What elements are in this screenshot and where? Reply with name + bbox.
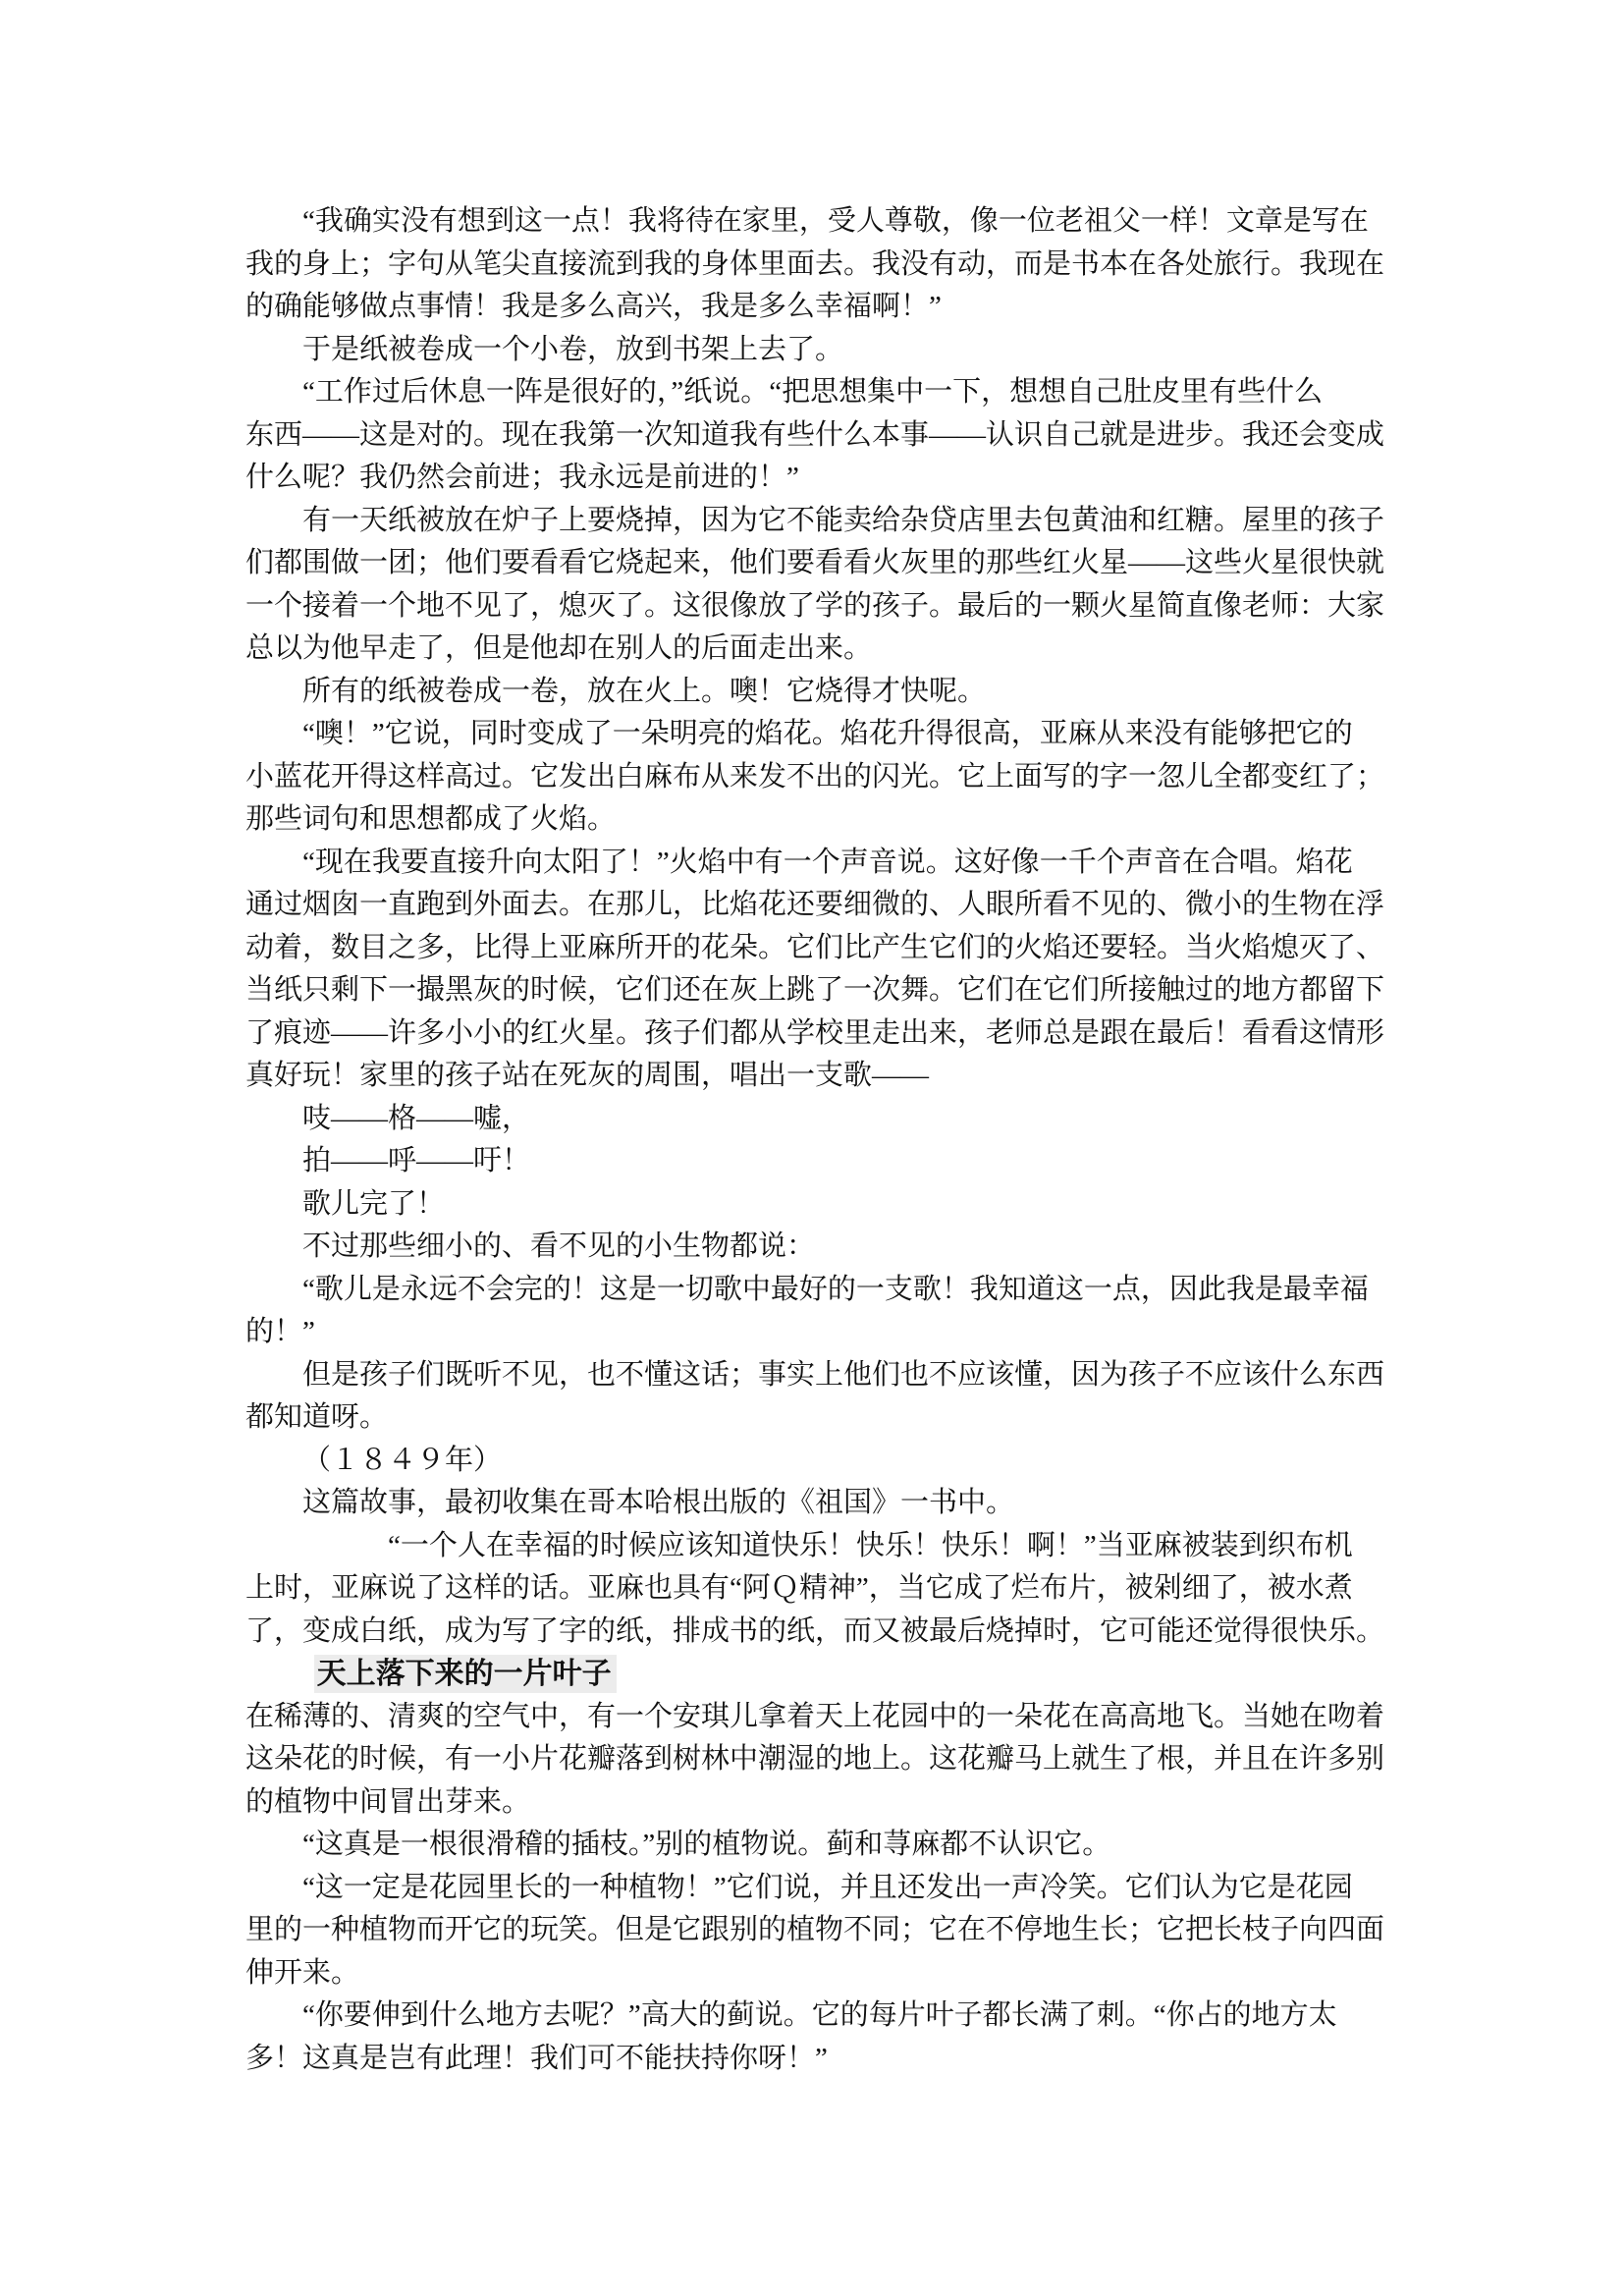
text-line: 于是纸被卷成一个小卷，放到书架上去了。 [245,329,1389,372]
text-line: 的！” [245,1311,1389,1354]
text-line: 里的一种植物而开它的玩笑。但是它跟别的植物不同；它在不停地生长；它把长枝子向四面 [245,1909,1389,1952]
text-line: 拍——呼——吁！ [245,1140,1389,1183]
text-line: 总以为他早走了，但是他却在别人的后面走出来。 [245,628,1389,671]
text-line: 伸开来。 [245,1952,1389,1995]
text-line: 什么呢？我仍然会前进；我永远是前进的！” [245,457,1389,500]
text-line: 都知道呀。 [245,1396,1389,1440]
text-line: 在稀薄的、清爽的空气中，有一个安琪儿拿着天上花园中的一朵花在高高地飞。当她在吻着 [245,1696,1389,1739]
text-line: “一个人在幸福的时候应该知道快乐！快乐！快乐！啊！”当亚麻被装到织布机 [245,1525,1389,1568]
text-line: 一个接着一个地不见了，熄灭了。这很像放了学的孩子。最后的一颗火星简直像老师：大家 [245,585,1389,629]
text-line: 动着，数目之多，比得上亚麻所开的花朵。它们比产生它们的火焰还要轻。当火焰熄灭了、 [245,927,1389,970]
document-page: “我确实没有想到这一点！我将待在家里，受人尊敬，像一位老祖父一样！文章是写在我的… [0,0,1623,2296]
text-line: “现在我要直接升向太阳了！”火焰中有一个声音说。这好像一千个声音在合唱。焰花 [245,842,1389,885]
text-line: 吱——格——嘘， [245,1098,1389,1141]
text-line: 我的身上；字句从笔尖直接流到我的身体里面去。我没有动，而是书本在各处旅行。我现在 [245,244,1389,287]
text-line: 真好玩！家里的孩子站在死灰的周围，唱出一支歌—— [245,1055,1389,1098]
text-line: 有一天纸被放在炉子上要烧掉，因为它不能卖给杂贷店里去包黄油和红糖。屋里的孩子 [245,500,1389,543]
text-line: 的植物中间冒出芽来。 [245,1781,1389,1825]
text-line: 多！这真是岂有此理！我们可不能扶持你呀！” [245,2038,1389,2081]
story-heading: 天上落下来的一片叶子 [245,1653,1389,1696]
text-line: 但是孩子们既听不见，也不懂这话；事实上他们也不应该懂，因为孩子不应该什么东西 [245,1354,1389,1397]
text-line: 不过那些细小的、看不见的小生物都说： [245,1226,1389,1269]
text-line: （１８４９年） [245,1440,1389,1483]
text-line: “我确实没有想到这一点！我将待在家里，受人尊敬，像一位老祖父一样！文章是写在 [245,200,1389,244]
text-line: 的确能够做点事情！我是多么高兴，我是多么幸福啊！” [245,286,1389,329]
text-line: 这朵花的时候，有一小片花瓣落到树林中潮湿的地上。这花瓣马上就生了根，并且在许多别 [245,1738,1389,1781]
text-line: “这真是一根很滑稽的插枝。”别的植物说。蓟和荨麻都不认识它。 [245,1824,1389,1867]
text-line: “这一定是花园里长的一种植物！”它们说，并且还发出一声冷笑。它们认为它是花园 [245,1867,1389,1910]
text-line: “你要伸到什么地方去呢？”高大的蓟说。它的每片叶子都长满了刺。“你占的地方太 [245,1995,1389,2038]
story-heading-text: 天上落下来的一片叶子 [314,1655,617,1693]
text-line: “噢！”它说，同时变成了一朵明亮的焰花。焰花升得很高，亚麻从来没有能够把它的 [245,713,1389,756]
text-line: 当纸只剩下一撮黑灰的时候，它们还在灰上跳了一次舞。它们在它们所接触过的地方都留下 [245,969,1389,1012]
text-line: 歌儿完了！ [245,1183,1389,1227]
text-line: “歌儿是永远不会完的！这是一切歌中最好的一支歌！我知道这一点，因此我是最幸福 [245,1269,1389,1312]
text-line: 们都围做一团；他们要看看它烧起来，他们要看看火灰里的那些红火星——这些火星很快就 [245,542,1389,585]
story-text-block: “我确实没有想到这一点！我将待在家里，受人尊敬，像一位老祖父一样！文章是写在我的… [245,200,1389,2080]
text-line: 这篇故事，最初收集在哥本哈根出版的《祖国》一书中。 [245,1482,1389,1525]
text-line: 通过烟囱一直跑到外面去。在那儿，比焰花还要细微的、人眼所看不见的、微小的生物在浮 [245,884,1389,927]
text-line: 小蓝花开得这样高过。它发出白麻布从来发不出的闪光。它上面写的字一忽儿全都变红了； [245,756,1389,799]
text-line: 了痕迹——许多小小的红火星。孩子们都从学校里走出来，老师总是跟在最后！看看这情形 [245,1012,1389,1056]
text-line: 东西——这是对的。现在我第一次知道我有些什么本事——认识自己就是进步。我还会变成 [245,414,1389,458]
text-line: “工作过后休息一阵是很好的，”纸说。“把思想集中一下，想想自己肚皮里有些什么 [245,371,1389,414]
text-line: 所有的纸被卷成一卷，放在火上。噢！它烧得才快呢。 [245,671,1389,714]
text-line: 那些词句和思想都成了火焰。 [245,798,1389,842]
text-line: 了，变成白纸，成为写了字的纸，排成书的纸，而又被最后烧掉时，它可能还觉得很快乐。 [245,1611,1389,1654]
text-line: 上时，亚麻说了这样的话。亚麻也具有“阿Ｑ精神”，当它成了烂布片，被剁细了，被水煮 [245,1567,1389,1611]
